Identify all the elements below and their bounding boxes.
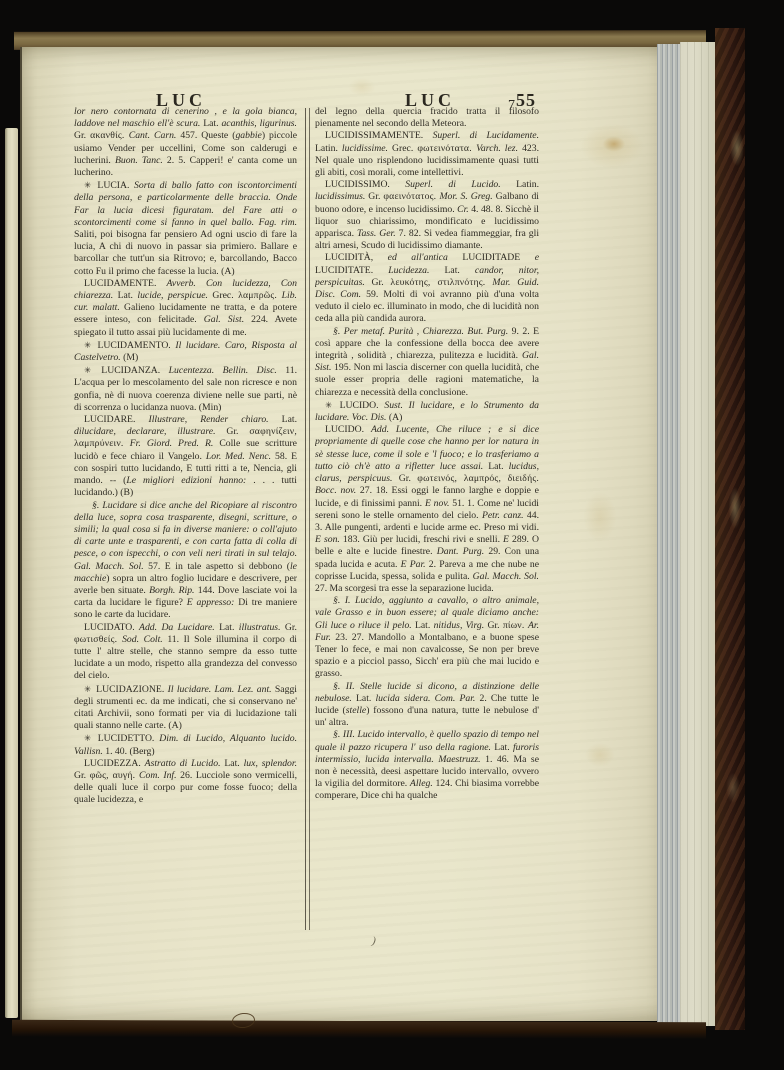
text-run: LUCIDAMENTE. bbox=[84, 278, 167, 289]
text-run: lucide, perspicue. bbox=[137, 290, 212, 301]
text-run: Superl. di Lucidamente. bbox=[433, 130, 539, 141]
text-run: LUCIDAMENTO. bbox=[97, 340, 175, 351]
text-run: E appresso: bbox=[187, 597, 238, 608]
text-run: Com. Inf. bbox=[139, 770, 180, 781]
right-column-text: del legno della quercia fracido tratta i… bbox=[315, 106, 539, 940]
dictionary-paragraph: LUCIDARE. Illustrare, Render chiaro. Lat… bbox=[74, 414, 297, 499]
text-run: Gr. bbox=[226, 426, 249, 437]
text-run: lucida sidera. Com. Par. bbox=[375, 693, 479, 704]
dictionary-paragraph: §. III. Lucido intervallo, è quello spaz… bbox=[315, 729, 539, 802]
text-run: Le migliori edizioni hanno: bbox=[126, 475, 253, 486]
text-run: Superl. di Lucido. bbox=[405, 179, 516, 190]
text-run: LUCIDISSIMO. bbox=[325, 179, 405, 190]
text-run: illustratus. bbox=[239, 622, 285, 633]
text-run: Buon. Tanc. bbox=[115, 155, 167, 166]
book-fore-edge-pages bbox=[657, 44, 680, 1026]
text-run: φωτεινότατα. bbox=[417, 143, 476, 154]
dictionary-paragraph: lor nero contornata di cenerino , e la g… bbox=[74, 106, 297, 179]
text-run: Gal. Sist. bbox=[204, 314, 251, 325]
text-run: Astratto di Lucido. bbox=[145, 758, 225, 769]
text-run: del legno della quercia fracido tratta i… bbox=[315, 106, 539, 129]
text-run: 57. E in tale aspetto si debbono ( bbox=[148, 561, 290, 572]
text-run: πίων. bbox=[503, 620, 528, 631]
text-run: Borgh. Rip. bbox=[149, 585, 198, 596]
text-run: ✳ bbox=[84, 733, 98, 743]
text-run: Illustrare, Render chiaro. bbox=[148, 414, 281, 425]
book-page: LUC LUC 755 lor nero contornata di cener… bbox=[20, 47, 659, 1021]
text-run: LUCIA. bbox=[97, 180, 134, 191]
text-run: Bocc. nov. bbox=[315, 485, 360, 496]
dictionary-paragraph: LUCIDAMENTE. Avverb. Con lucidezza, Con … bbox=[74, 278, 297, 339]
text-run: Cr. bbox=[457, 204, 471, 215]
text-run: Petr. canz. bbox=[482, 510, 527, 521]
text-run: φωτεινός, λαμπρός, διειδής. bbox=[417, 473, 539, 484]
text-run: ✳ bbox=[84, 180, 97, 190]
text-run: 27. Ma scorgesi tra esse la separazione … bbox=[315, 583, 494, 594]
dictionary-paragraph: LUCIDITÀ, ed all'antica LUCIDITADE e LUC… bbox=[315, 252, 539, 325]
text-run: lucidissimus. bbox=[315, 191, 368, 202]
text-run: nitidus, Virg. bbox=[434, 620, 488, 631]
text-run: Saliti, poi bisogna far pensiero Ad ogni… bbox=[74, 229, 297, 277]
dictionary-paragraph: LUCIDISSIMAMENTE. Superl. di Lucidamente… bbox=[315, 130, 539, 179]
text-run: LUCIDETTO. bbox=[98, 733, 160, 744]
text-run: φῶς, αυγή. bbox=[90, 770, 139, 781]
text-run: Gal. Macch. Sol. bbox=[74, 561, 148, 572]
text-run: LUCIDO. bbox=[325, 424, 371, 435]
text-run: φαεινότατος. bbox=[383, 191, 439, 202]
text-run: LUCIDITATE. bbox=[315, 265, 388, 276]
text-run: Grec. bbox=[212, 290, 238, 301]
dictionary-paragraph: §. II. Stelle lucide si dicono, a distin… bbox=[315, 681, 539, 730]
text-run: Mor. S. Greg. bbox=[439, 191, 495, 202]
text-run: LUCIDITÀ, bbox=[325, 252, 388, 263]
dictionary-paragraph: LUCIDISSIMO. Superl. di Lucido. Latin. l… bbox=[315, 179, 539, 252]
dictionary-paragraph: ✳ LUCIDAMENTO. Il lucidare. Caro, Rispos… bbox=[74, 339, 297, 364]
text-run: Gal. Macch. Sol. bbox=[473, 571, 539, 582]
column-divider-rule bbox=[305, 108, 310, 930]
text-run: Lat. bbox=[356, 693, 375, 704]
text-run: Lat. bbox=[445, 265, 475, 276]
page-block-edge bbox=[680, 42, 715, 1026]
text-run: Gr. bbox=[399, 473, 418, 484]
dictionary-paragraph: §. Lucidare si dice anche del Ricopiare … bbox=[74, 500, 297, 622]
text-run: Varch. lez. bbox=[476, 143, 522, 154]
book-cover-edge bbox=[715, 28, 745, 1030]
text-run: LUCIDISSIMAMENTE. bbox=[325, 130, 433, 141]
text-run: Latin. bbox=[516, 179, 539, 190]
text-run: Tass. Ger. bbox=[357, 228, 399, 239]
text-run: LUCIDEZZA. bbox=[84, 758, 145, 769]
book-photo-scene: LUC LUC 755 lor nero contornata di cener… bbox=[0, 0, 784, 1070]
book-bottom-edge bbox=[12, 1020, 706, 1039]
dictionary-paragraph: ✳ LUCIDO. Sust. Il lucidare, e lo Strume… bbox=[315, 399, 539, 424]
text-run: LUCIDARE. bbox=[84, 414, 148, 425]
text-run: Lat. bbox=[219, 622, 239, 633]
dictionary-paragraph: LUCIDO. Add. Lucente, Che riluce ; e si … bbox=[315, 424, 539, 595]
dictionary-paragraph: LUCIDATO. Add. Da Lucidare. Lat. illustr… bbox=[74, 622, 297, 683]
text-run: Il lucidare. Lam. Lez. ant. bbox=[168, 684, 275, 695]
dictionary-paragraph: ✳ LUCIA. Sorta di ballo fatto con iscont… bbox=[74, 179, 297, 278]
text-run: Lucentezza. Bellin. Disc. bbox=[169, 365, 286, 376]
dictionary-paragraph: del legno della quercia fracido tratta i… bbox=[315, 106, 539, 130]
text-run: Lucidezza. bbox=[388, 265, 444, 276]
text-run: ακανθίς. bbox=[90, 130, 129, 141]
text-run: λευκότης, στιλπνότης. bbox=[390, 277, 492, 288]
text-run: lucidissime. bbox=[342, 143, 392, 154]
text-run: 23. 27. Mandollo a Montalbano, e a buone… bbox=[315, 632, 539, 680]
text-run: Gr. bbox=[74, 130, 90, 141]
text-run: Lat. bbox=[494, 742, 513, 753]
text-run: LUCIDO. bbox=[340, 400, 385, 411]
text-run: Fr. Giord. Pred. R. bbox=[130, 438, 220, 449]
text-run: (M) bbox=[123, 352, 138, 363]
text-run: ✳ bbox=[84, 340, 97, 350]
text-run: Gr. bbox=[372, 277, 391, 288]
text-run: LUCIDANZA. bbox=[101, 365, 168, 376]
dictionary-paragraph: §. Per metaf. Purità , Chiarezza. But. P… bbox=[315, 326, 539, 399]
text-run: LUCIDITADE bbox=[462, 252, 534, 263]
text-run: ✳ bbox=[84, 684, 96, 694]
text-run: Gr. bbox=[74, 770, 90, 781]
text-run: ✳ bbox=[325, 400, 340, 410]
text-run: Fag. rim. bbox=[259, 217, 297, 228]
text-run: LUCIDAZIONE. bbox=[96, 684, 167, 695]
text-run: Latin. bbox=[315, 143, 342, 154]
text-run: LUCIDATO. bbox=[84, 622, 139, 633]
text-run: φωτισθείς. bbox=[74, 634, 122, 645]
text-run: Alleg. bbox=[410, 778, 436, 789]
text-run: acanthis, ligurinus. bbox=[221, 118, 297, 129]
text-run: Lat. bbox=[118, 290, 138, 301]
text-run: λαμπρῶς. bbox=[238, 290, 282, 301]
text-run: ed all'antica bbox=[388, 252, 463, 263]
dictionary-paragraph: LUCIDEZZA. Astratto di Lucido. Lat. lux,… bbox=[74, 758, 297, 807]
text-run: ✳ bbox=[84, 365, 101, 375]
text-run: lux, splendor. bbox=[244, 758, 297, 769]
text-run: dilucidare, declarare, illustrare. bbox=[74, 426, 226, 437]
ink-mark: ) bbox=[371, 935, 376, 947]
text-run: Gr. bbox=[285, 622, 297, 633]
text-run: 195. Non mi lascia discerner con quella … bbox=[315, 362, 539, 397]
text-run: e bbox=[535, 252, 539, 263]
text-run: §. Lucidare si dice anche del Ricopiare … bbox=[74, 500, 297, 560]
text-run: stelle bbox=[346, 705, 366, 716]
text-run: 457. Queste ( bbox=[180, 130, 235, 141]
dictionary-paragraph: ✳ LUCIDETTO. Dim. di Lucido, Alquanto lu… bbox=[74, 732, 297, 757]
text-run: §. Per metaf. Purità , Chiarezza. But. P… bbox=[333, 326, 512, 337]
text-run: Gr. bbox=[487, 620, 502, 631]
text-run: Lor. Med. Nenc. bbox=[206, 451, 275, 462]
text-run: gabbie bbox=[235, 130, 261, 141]
text-run: E son. bbox=[315, 534, 343, 545]
text-run: Lat. bbox=[224, 758, 243, 769]
adjacent-page-edge bbox=[5, 128, 18, 1018]
text-run: Sod. Colt. bbox=[122, 634, 167, 645]
dictionary-paragraph: §. I. Lucido, aggiunto a cavallo, o altr… bbox=[315, 595, 539, 680]
text-run: Grec. bbox=[392, 143, 417, 154]
dictionary-paragraph: ✳ LUCIDANZA. Lucentezza. Bellin. Disc. 1… bbox=[74, 364, 297, 414]
text-run: E Par. bbox=[401, 559, 429, 570]
text-run: E nov. bbox=[425, 498, 452, 509]
text-run: Lat. bbox=[415, 620, 434, 631]
text-run: Add. Da Lucidare. bbox=[139, 622, 219, 633]
text-run: E bbox=[503, 534, 512, 545]
dictionary-paragraph: ✳ LUCIDAZIONE. Il lucidare. Lam. Lez. an… bbox=[74, 683, 297, 733]
text-run: Lat. bbox=[488, 461, 508, 472]
text-run: Cant. Carn. bbox=[129, 130, 181, 141]
text-run: Lat. bbox=[282, 414, 297, 425]
text-run: (A) bbox=[389, 412, 402, 423]
text-run: Lat. bbox=[203, 118, 221, 129]
text-run: Dant. Purg. bbox=[437, 546, 489, 557]
text-run: 1. 40. (Berg) bbox=[105, 746, 154, 757]
left-column-text: lor nero contornata di cenerino , e la g… bbox=[74, 106, 297, 940]
text-run: Gr. bbox=[368, 191, 383, 202]
text-run: 183. Giù per lucidi, freschi rivi e snel… bbox=[343, 534, 503, 545]
